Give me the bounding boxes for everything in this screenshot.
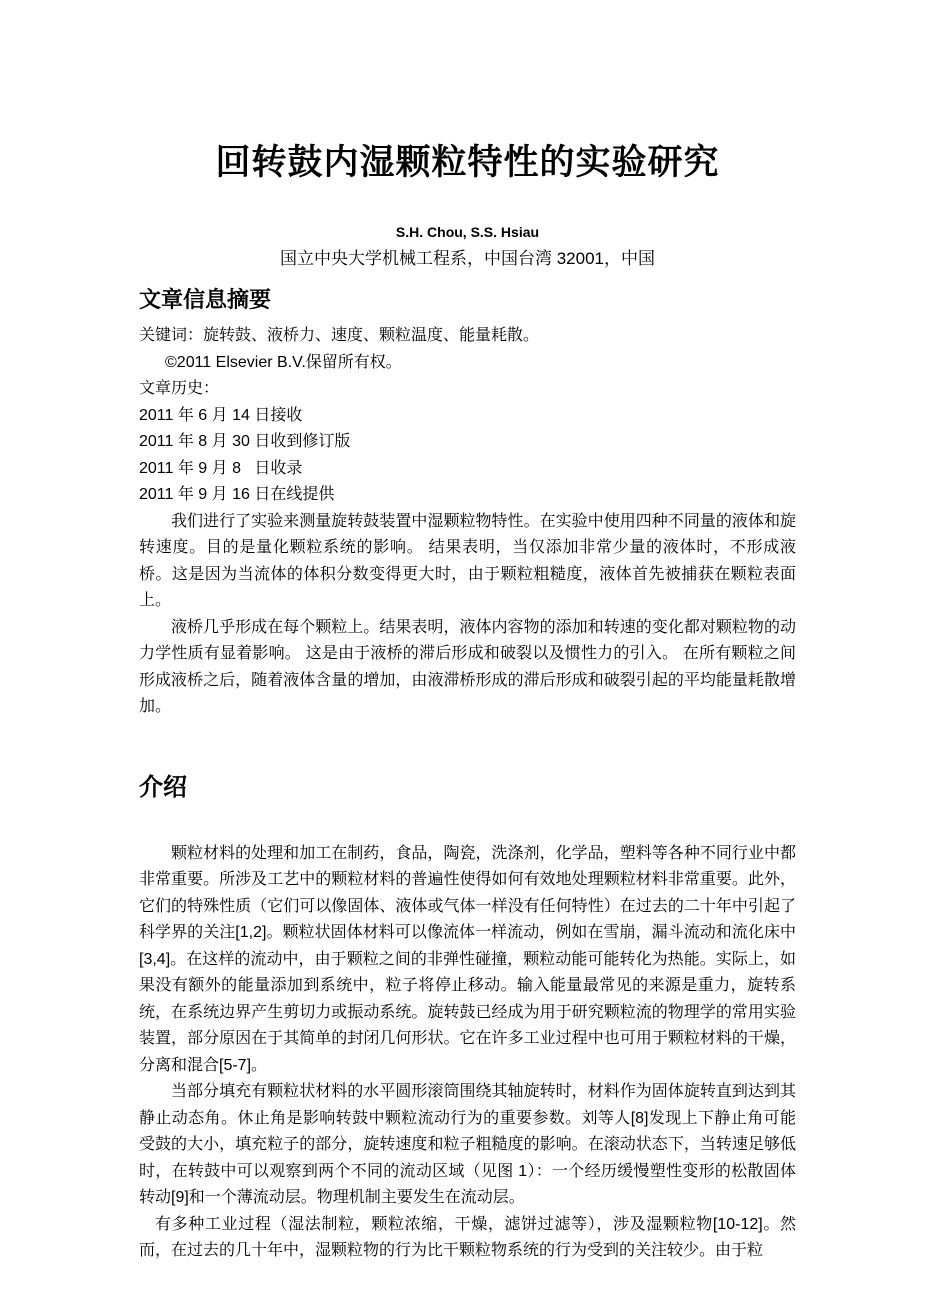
keywords-line: 关键词：旋转鼓、液桥力、速度、颗粒温度、能量耗散。 xyxy=(139,323,796,350)
introduction-paragraph: 有多种工业过程（湿法制粒，颗粒浓缩，干燥，滤饼过滤等），涉及湿颗粒物[10-12… xyxy=(139,1212,796,1265)
introduction-paragraph: 颗粒材料的处理和加工在制药，食品，陶瓷，洗涤剂，化学品，塑料等各种不同行业中都非… xyxy=(139,841,796,1080)
introduction-heading: 介绍 xyxy=(139,721,796,804)
history-revised-date: 2011 年 8 月 30 日收到修订版 xyxy=(139,429,796,456)
page-content: 回转鼓内湿颗粒特性的实验研究 S.H. Chou, S.S. Hsiau 国立中… xyxy=(139,0,796,1265)
introduction-block: 颗粒材料的处理和加工在制药，食品，陶瓷，洗涤剂，化学品，塑料等各种不同行业中都非… xyxy=(139,841,796,1265)
abstract-block: 我们进行了实验来测量旋转鼓装置中湿颗粒物特性。在实验中使用四种不同量的液体和旋转… xyxy=(139,509,796,721)
paper-affiliation: 国立中央大学机械工程系，中国台湾 32001，中国 xyxy=(139,247,796,271)
article-info-block: 关键词：旋转鼓、液桥力、速度、颗粒温度、能量耗散。 ©2011 Elsevier… xyxy=(139,323,796,509)
paper-title: 回转鼓内湿颗粒特性的实验研究 xyxy=(139,0,796,185)
history-online-date: 2011 年 9 月 16 日在线提供 xyxy=(139,482,796,509)
abstract-paragraph: 我们进行了实验来测量旋转鼓装置中湿颗粒物特性。在实验中使用四种不同量的液体和旋转… xyxy=(139,509,796,615)
introduction-paragraph: 当部分填充有颗粒状材料的水平圆形滚筒围绕其轴旋转时，材料作为固体旋转直到达到其静… xyxy=(139,1079,796,1212)
history-received-date: 2011 年 6 月 14 日接收 xyxy=(139,403,796,430)
history-label: 文章历史： xyxy=(139,376,796,403)
copyright-line: ©2011 Elsevier B.V.保留所有权。 xyxy=(139,350,796,377)
abstract-paragraph: 液桥几乎形成在每个颗粒上。结果表明，液体内容物的添加和转速的变化都对颗粒物的动力… xyxy=(139,615,796,721)
article-info-heading: 文章信息摘要 xyxy=(139,285,796,315)
document-page: 回转鼓内湿颗粒特性的实验研究 S.H. Chou, S.S. Hsiau 国立中… xyxy=(0,0,926,1309)
paper-authors: S.H. Chou, S.S. Hsiau xyxy=(139,223,796,241)
history-accepted-date: 2011 年 9 月 8 日收录 xyxy=(139,456,796,483)
